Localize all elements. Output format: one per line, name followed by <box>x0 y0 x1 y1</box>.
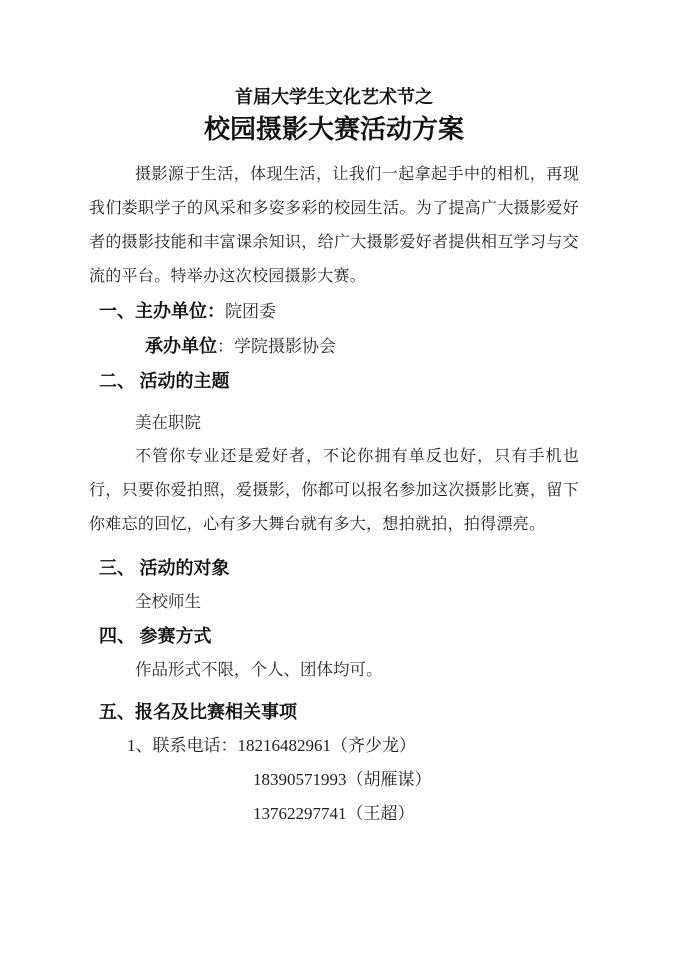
document-content: 首届大学生文化艺术节之 校园摄影大赛活动方案 摄影源于生活，体现生活，让我们一起… <box>0 0 679 831</box>
section1-heading: 一、主办单位： <box>99 301 225 321</box>
section5-heading: 五、报名及比赛相关事项 <box>99 695 579 729</box>
intro-paragraph: 摄影源于生活，体现生活，让我们一起拿起手中的相机，再现我们娄职学子的风采和多姿多… <box>89 158 579 294</box>
contact-line: 1、联系电话：18216482961（齐少龙） <box>127 729 579 763</box>
section3-heading: 三、 活动的对象 <box>99 551 579 585</box>
section2-heading: 二、 活动的主题 <box>99 364 579 398</box>
section2-theme-line: 美在职院 <box>135 406 579 440</box>
section1-co-organizer-row: 承办单位：学院摄影协会 <box>145 329 579 364</box>
document-page: 首届大学生文化艺术节之 校园摄影大赛活动方案 摄影源于生活，体现生活，让我们一起… <box>0 0 679 960</box>
section4-body-line: 作品形式不限，个人、团体均可。 <box>135 653 579 687</box>
contact-phone-1: 18216482961（齐少龙） <box>238 736 417 755</box>
doc-title: 校园摄影大赛活动方案 <box>89 114 579 146</box>
contact-label: 1、联系电话： <box>127 736 238 755</box>
doc-subtitle: 首届大学生文化艺术节之 <box>89 86 579 108</box>
co-organizer-value: ：学院摄影协会 <box>217 337 336 356</box>
section2-paragraph: 不管你专业还是爱好者，不论你拥有单反也好，只有手机也行，只要你爱拍照，爱摄影，你… <box>89 440 579 542</box>
contact-line: 18390571993（胡雁谋） <box>253 763 579 797</box>
co-organizer-label: 承办单位 <box>145 336 217 356</box>
section4-heading: 四、 参赛方式 <box>99 619 579 653</box>
contact-line: 13762297741（王超） <box>253 797 579 831</box>
section1-organizer-value: 院团委 <box>225 302 276 321</box>
contact-phone-2: 18390571993（胡雁谋） <box>253 770 432 789</box>
contact-phone-3: 13762297741（王超） <box>253 804 415 823</box>
section3-body-line: 全校师生 <box>135 585 579 619</box>
section1-heading-row: 一、主办单位：院团委 <box>99 294 579 329</box>
